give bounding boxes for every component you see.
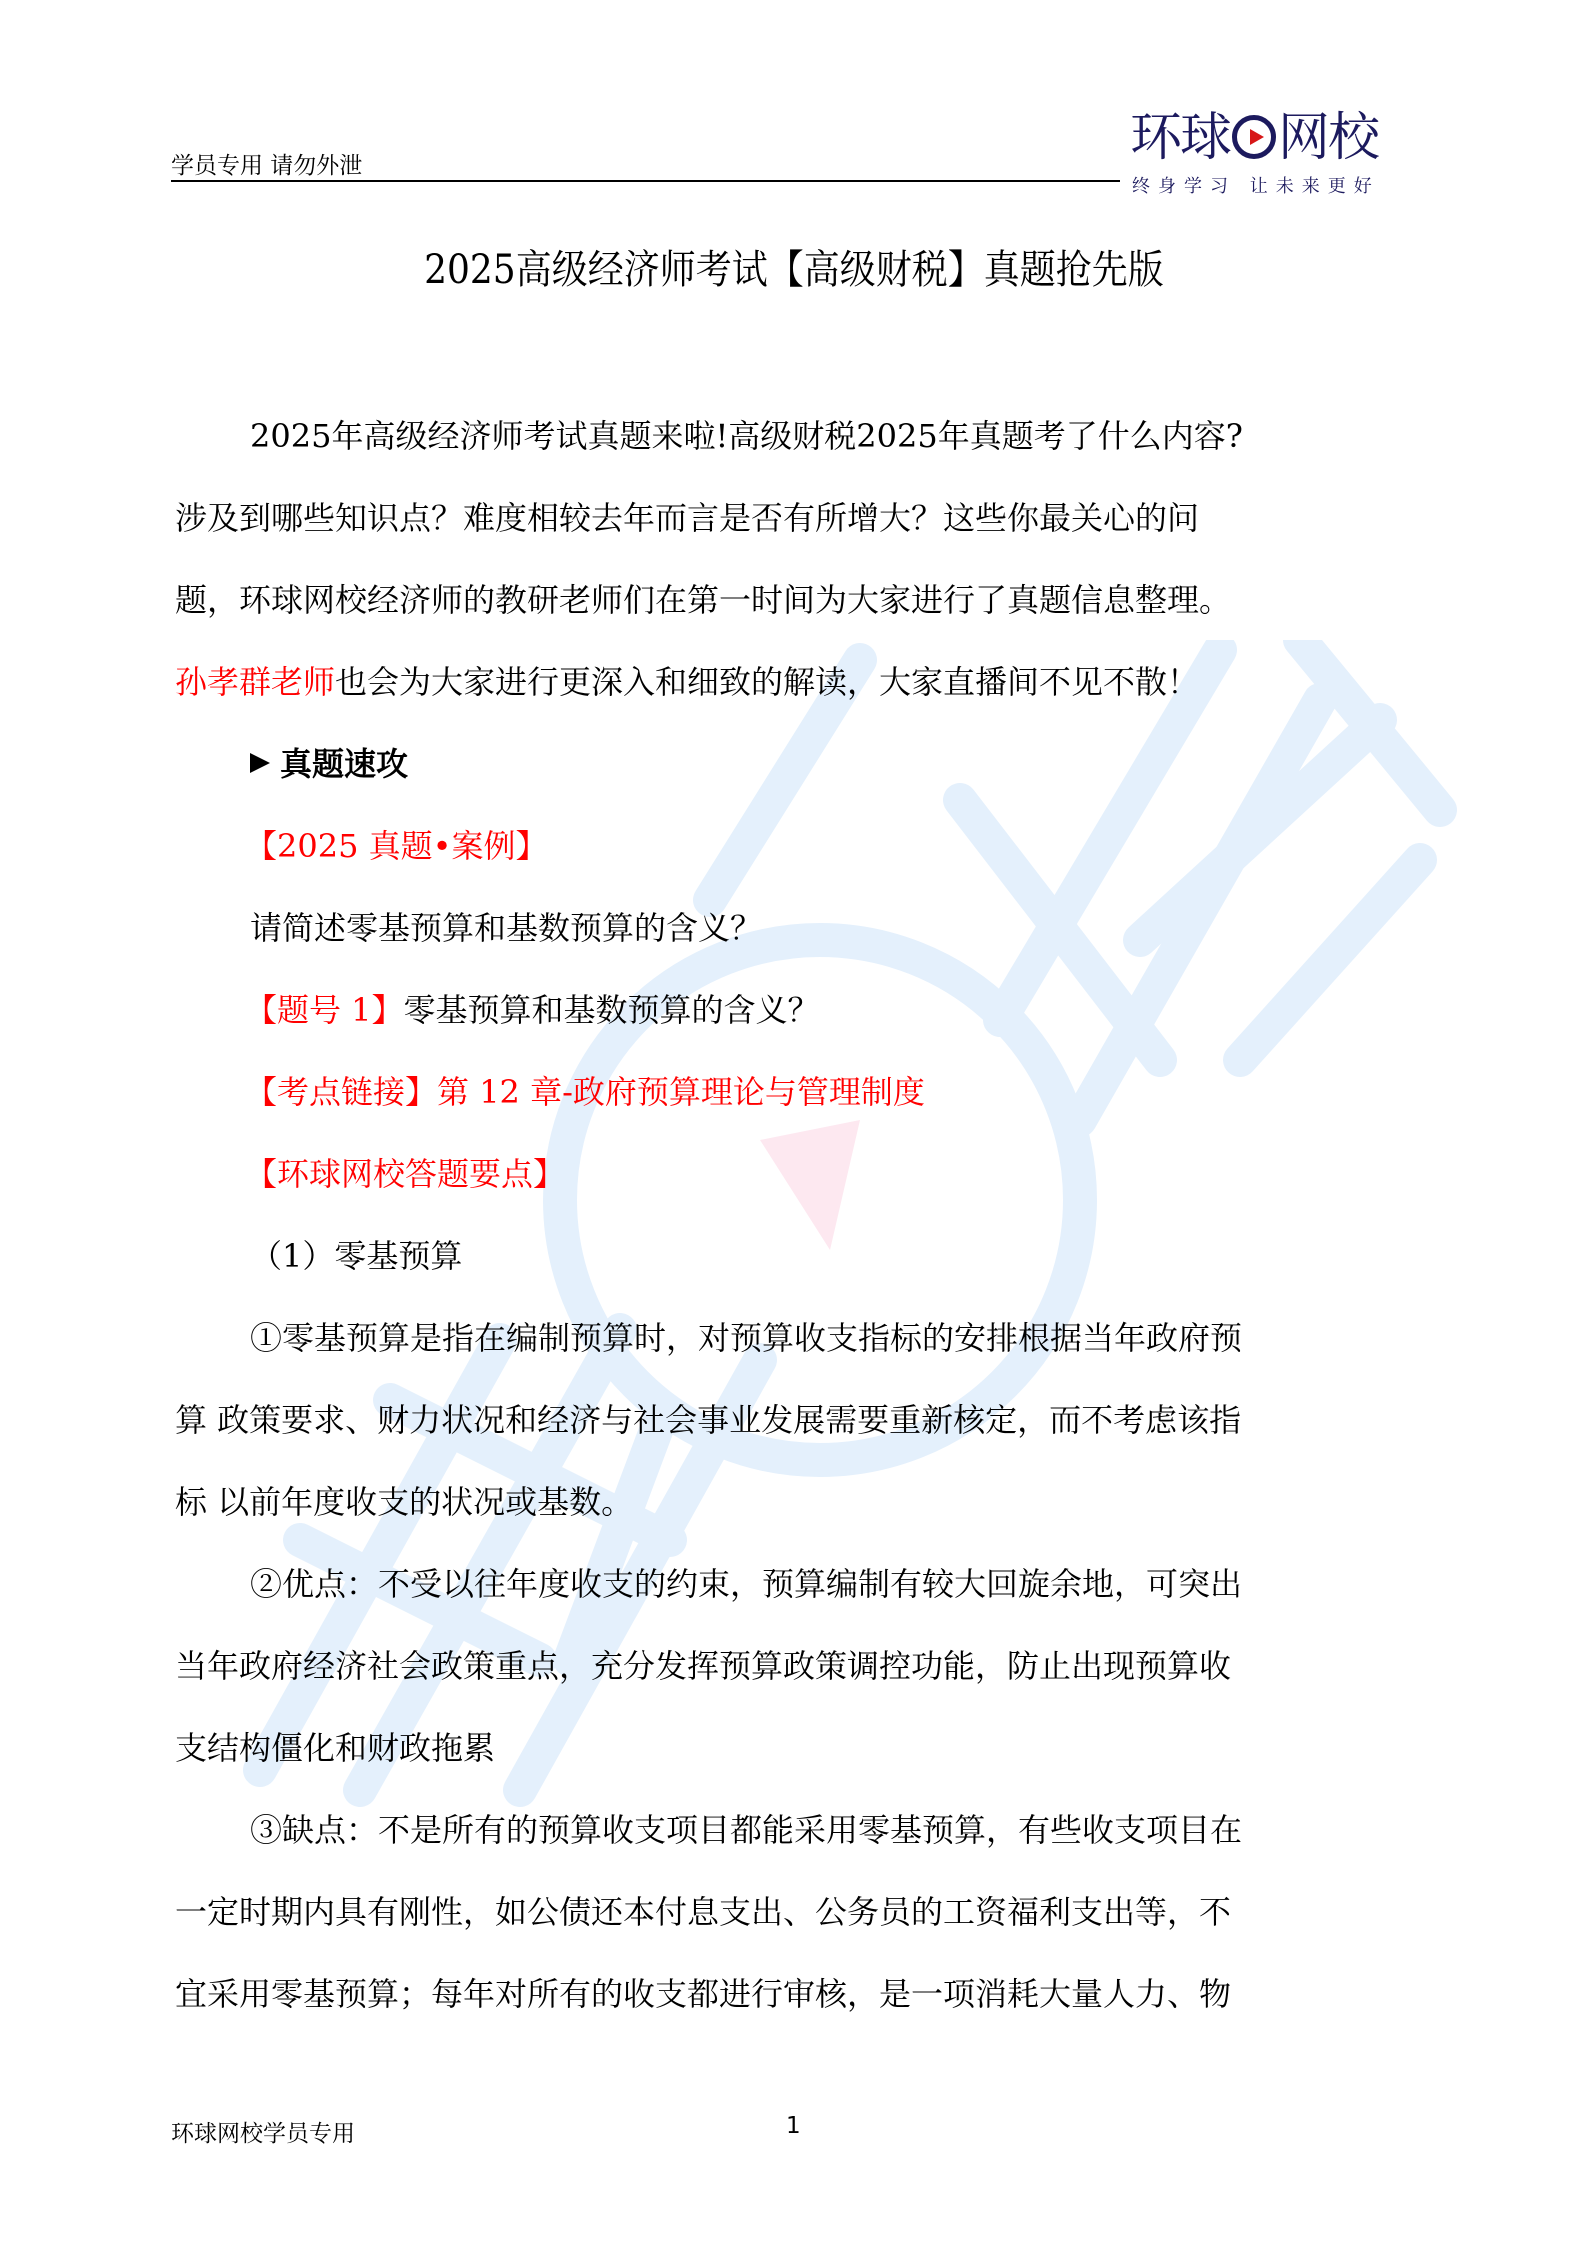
logo-wordmark: 环球网校 [1130,108,1378,168]
question-number-row: 【题号 1】零基预算和基数预算的含义？ [245,990,820,1030]
arrow-bullet-icon [250,753,270,773]
point-3-line-1: ③缺点：不是所有的预算收支项目都能采用零基预算，有些收支项目在 [250,1810,1242,1850]
point-1-line-2: 算 政策要求、财力状况和经济与社会事业发展需要重新核定，而不考虑该指 [175,1400,1241,1440]
question-number-text: 零基预算和基数预算的含义？ [404,991,820,1029]
document-page: 学员专用 请勿外泄 环球网校 终身学习 让未来更好 2025高级经济师考试【高级… [0,0,1587,2258]
logo-text-part2: 网校 [1278,108,1378,168]
question-number-label: 【题号 1】 [245,991,404,1029]
document-title: 2025高级经济师考试【高级财税】真题抢先版 [0,240,1587,300]
intro-line-2: 涉及到哪些知识点？难度相较去年而言是否有所增大？这些你最关心的问 [175,498,1199,538]
page-number: 1 [786,2113,801,2139]
watermark-logo-icon [240,640,1460,1820]
exam-tag: 【2025 真题•案例】 [245,826,548,866]
question-text: 请简述零基预算和基数预算的含义？ [250,908,762,948]
section-heading: 真题速攻 [250,744,408,784]
logo-slogan: 终身学习 让未来更好 [1132,172,1380,198]
point-1-line-3: 标 以前年度收支的状况或基数。 [175,1482,633,1522]
brand-logo: 环球网校 终身学习 让未来更好 [1130,108,1410,198]
knowledge-link-row: 【考点链接】第 12 章-政府预算理论与管理制度 [245,1072,925,1112]
point-3-line-3: 宜采用零基预算；每年对所有的收支都进行审核，是一项消耗大量人力、物 [175,1974,1231,2014]
point-3-line-2: 一定时期内具有刚性，如公债还本付息支出、公务员的工资福利支出等，不 [175,1892,1231,1932]
intro-line-4-text: 也会为大家进行更深入和细致的解读，大家直播间不见不散！ [335,663,1199,701]
point-2-line-3: 支结构僵化和财政拖累 [175,1728,495,1768]
point-2-line-1: ②优点：不受以往年度收支的约束，预算编制有较大回旋余地，可突出 [250,1564,1242,1604]
logo-text-part1: 环球 [1130,108,1230,168]
footer-label: 环球网校学员专用 [171,2115,355,2148]
intro-line-3: 题，环球网校经济师的教研老师们在第一时间为大家进行了真题信息整理。 [175,580,1231,620]
knowledge-link-label: 【考点链接】 [245,1073,437,1111]
section-heading-text: 真题速攻 [280,745,408,783]
intro-line-1: 2025年高级经济师考试真题来啦!高级财税2025年真题考了什么内容? [250,416,1243,456]
document-title-text: 2025高级经济师考试【高级财税】真题抢先版 [424,240,1164,300]
header-confidential-label: 学员专用 请勿外泄 [171,147,362,180]
sub-heading: （1）零基预算 [250,1236,462,1276]
point-1-line-1: ①零基预算是指在编制预算时，对预算收支指标的安排根据当年政府预 [250,1318,1242,1358]
intro-line-4: 孙孝群老师也会为大家进行更深入和细致的解读，大家直播间不见不散！ [175,662,1199,702]
answer-points-label: 【环球网校答题要点】 [245,1154,565,1194]
teacher-name: 孙孝群老师 [175,663,335,701]
header-divider [171,180,1120,182]
knowledge-link-text: 第 12 章-政府预算理论与管理制度 [437,1073,925,1111]
point-2-line-2: 当年政府经济社会政策重点，充分发挥预算政策调控功能，防止出现预算收 [175,1646,1231,1686]
play-circle-icon [1232,115,1276,159]
